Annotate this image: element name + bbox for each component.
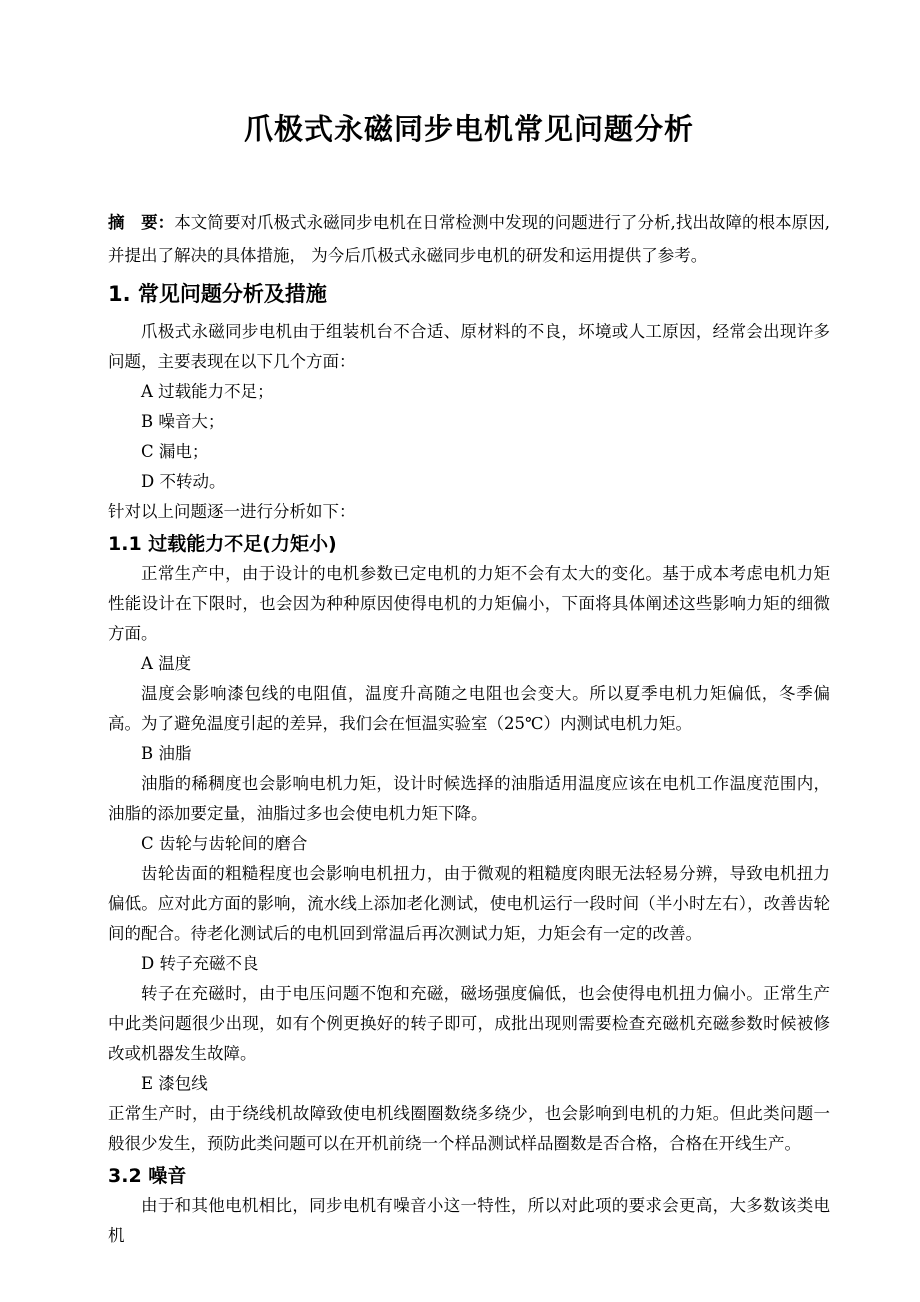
para-wire-detail: 正常生产时，由于绕线机故障致使电机线圈圈数绕多绕少，也会影响到电机的力矩。但此类… [108, 1099, 830, 1159]
section-heading-common-problems: 1. 常见问题分析及措施 [108, 278, 830, 310]
list-item-noise: B 噪音大； [108, 407, 830, 437]
para-rotor-detail: 转子在充磁时，由于电压问题不饱和充磁，磁场强度偏低，也会使得电机扭力偏小。正常生… [108, 979, 830, 1069]
para-noise-intro: 由于和其他电机相比，同步电机有噪音小这一特性，所以对此项的要求会更高，大多数该类… [108, 1191, 830, 1251]
para-torque-overview: 正常生产中，由于设计的电机参数已定电机的力矩不会有太大的变化。基于成本考虑电机力… [108, 559, 830, 649]
abstract-text: 本文简要对爪极式永磁同步电机在日常检测中发现的问题进行了分析,找出故障的根本原因… [108, 213, 830, 265]
list-item-gear-meshing: C 齿轮与齿轮间的磨合 [108, 829, 830, 859]
abstract-paragraph: 摘 要：本文简要对爪极式永磁同步电机在日常检测中发现的问题进行了分析,找出故障的… [108, 206, 830, 272]
document-title: 爪极式永磁同步电机常见问题分析 [108, 112, 830, 146]
para-problem-intro: 爪极式永磁同步电机由于组装机台不合适、原材料的不良，坏境或人工原因，经常会出现许… [108, 317, 830, 377]
para-temperature-detail: 温度会影响漆包线的电阻值，温度升高随之电阻也会变大。所以夏季电机力矩偏低，冬季偏… [108, 679, 830, 739]
para-gear-detail: 齿轮齿面的粗糙程度也会影响电机扭力，由于微观的粗糙度肉眼无法轻易分辨，导致电机扭… [108, 859, 830, 949]
list-item-rotor-magnetization: D 转子充磁不良 [108, 949, 830, 979]
list-item-grease: B 油脂 [108, 739, 830, 769]
list-item-temperature: A 温度 [108, 649, 830, 679]
para-grease-detail: 油脂的稀稠度也会影响电机力矩，设计时候选择的油脂适用温度应该在电机工作温度范围内… [108, 769, 830, 829]
list-item-overload: A 过载能力不足； [108, 377, 830, 407]
document-page: 爪极式永磁同步电机常见问题分析 摘 要：本文简要对爪极式永磁同步电机在日常检测中… [0, 0, 920, 1302]
list-item-no-rotation: D 不转动。 [108, 467, 830, 497]
section-heading-overload: 1.1 过载能力不足(力矩小) [108, 529, 830, 559]
list-item-enameled-wire: E 漆包线 [108, 1069, 830, 1099]
section-heading-noise: 3.2 噪音 [108, 1161, 830, 1191]
para-analysis-lead-in: 针对以上问题逐一进行分析如下： [108, 497, 830, 527]
abstract-label: 摘 要： [108, 213, 174, 232]
list-item-leakage: C 漏电； [108, 437, 830, 467]
